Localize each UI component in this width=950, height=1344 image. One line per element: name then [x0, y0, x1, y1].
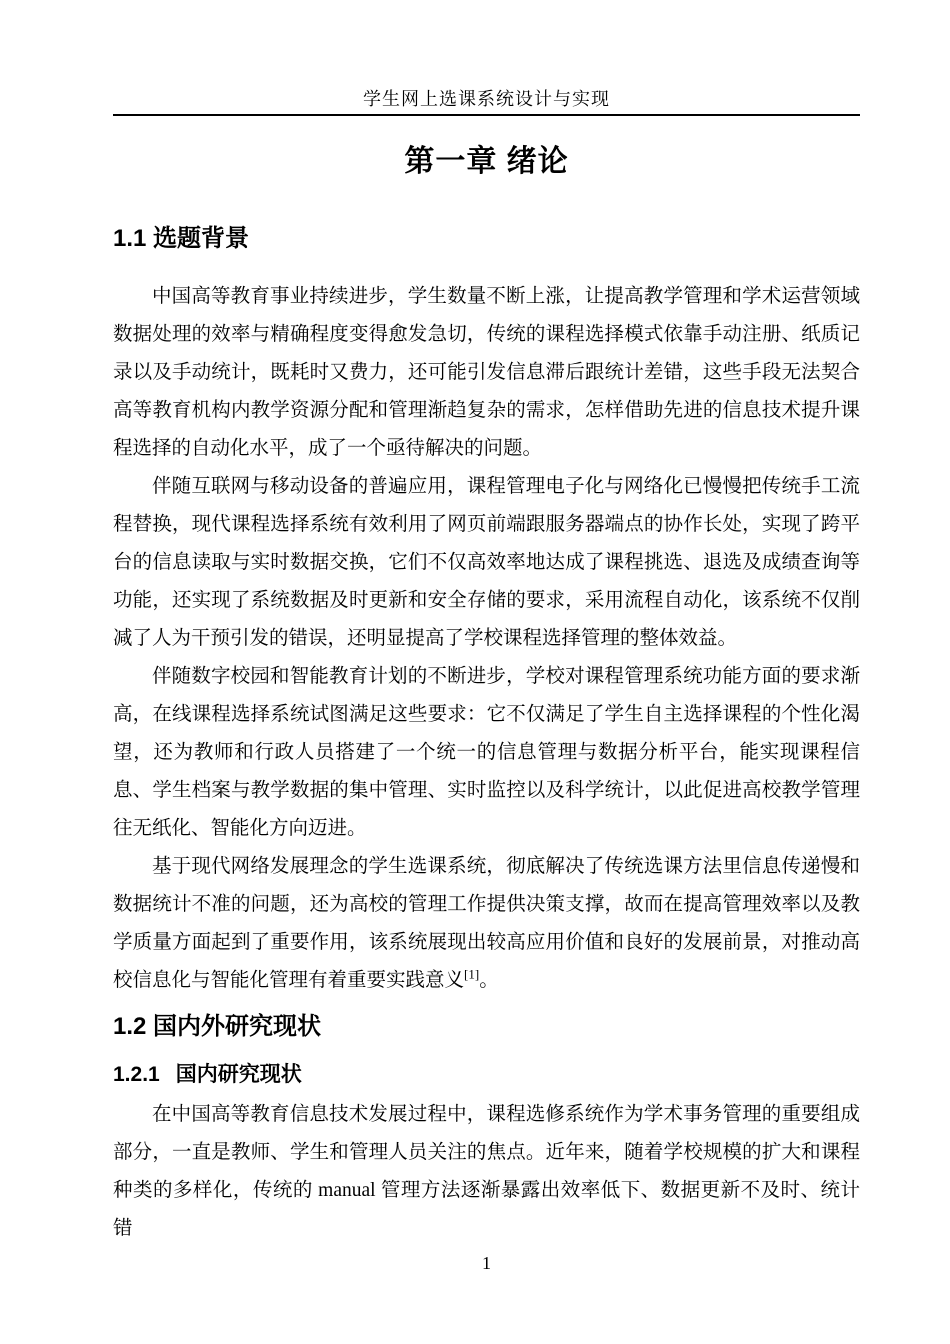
page-body: 第一章 绪论 1.1 选题背景 中国高等教育事业持续进步，学生数量不断上涨，让提… — [113, 144, 860, 1248]
paragraph: 伴随数字校园和智能教育计划的不断进步，学校对课程管理系统功能方面的要求渐高，在线… — [113, 658, 860, 848]
page-number: 1 — [113, 1251, 860, 1275]
subsection-heading-1-2-1: 1.2.1国内研究现状 — [113, 1062, 860, 1088]
running-title: 学生网上选课系统设计与实现 — [113, 86, 860, 116]
chapter-title: 第一章 绪论 — [113, 144, 860, 180]
subsection-number: 1.2.1 — [113, 1063, 160, 1086]
paragraph: 在中国高等教育信息技术发展过程中，课程选修系统作为学术事务管理的重要组成部分，一… — [113, 1096, 860, 1248]
paragraph: 伴随互联网与移动设备的普遍应用，课程管理电子化与网络化已慢慢把传统手工流程替换，… — [113, 468, 860, 658]
section-heading-1-2: 1.2 国内外研究现状 — [113, 1012, 860, 1042]
citation-ref: [1] — [464, 967, 479, 982]
page-header: 学生网上选课系统设计与实现 — [113, 86, 860, 116]
section-heading-1-1: 1.1 选题背景 — [113, 224, 860, 254]
paragraph: 中国高等教育事业持续进步，学生数量不断上涨，让提高教学管理和学术运营领域数据处理… — [113, 278, 860, 468]
document-page: 学生网上选课系统设计与实现 第一章 绪论 1.1 选题背景 中国高等教育事业持续… — [0, 0, 950, 1344]
subsection-label: 国内研究现状 — [176, 1063, 302, 1086]
paragraph-text: 。 — [479, 970, 499, 991]
paragraph: 基于现代网络发展理念的学生选课系统，彻底解决了传统选课方法里信息传递慢和数据统计… — [113, 848, 860, 1000]
page-footer: 1 — [113, 1251, 860, 1275]
